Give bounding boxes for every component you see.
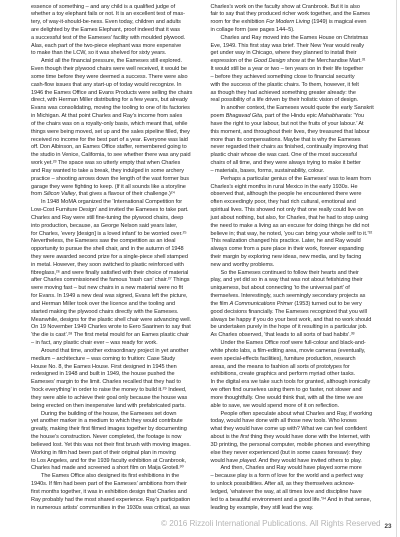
text-line: House No. 8, the Eames House. First desi… (31, 364, 207, 372)
text-line: direct, with Herman Miller distributing … (31, 97, 207, 105)
text-line: Charles had made and screened a short fi… (31, 465, 207, 473)
text-line: Low-Cost Furniture Design’ and invited t… (31, 207, 207, 215)
text-line: with the success of the plastic chairs. … (211, 82, 395, 90)
copyright-watermark: © 2016 Rizzoli International Publication… (161, 519, 381, 528)
text-line: in Michigan. At that point Charles and R… (31, 113, 207, 121)
text-line: Amid all the financial pressure, the Eam… (31, 58, 207, 66)
text-line: Ray probably had the most shared experie… (31, 497, 207, 505)
text-line: ‘hock everything’ in order to raise the … (31, 387, 207, 395)
text-line: were moving fast – but new chairs in a n… (31, 285, 207, 293)
text-line: to make than the LCW, so it was shelved … (31, 50, 207, 58)
text-line: Alas, each part of the two-piece elephan… (31, 43, 207, 51)
text-line: things were being moved, set up and the … (31, 129, 207, 137)
text-line: their margin by exploring new ideas, new… (211, 254, 395, 262)
text-line: more than its compensations. Maybe that … (211, 137, 395, 145)
text-line: Charles and Ray were still fine-tuning t… (31, 215, 207, 223)
text-line: always come from a pure place in their w… (211, 246, 395, 254)
text-line: led to a beautiful environment and a goo… (211, 497, 395, 505)
text-line: more thoughtfully. One would think that,… (211, 395, 395, 403)
text-line: In another context, the Eameses would qu… (211, 105, 395, 113)
text-line: believed lost. Yet this was not their fi… (31, 442, 207, 450)
text-line: plastic chair whose die was cast. One of… (211, 152, 395, 160)
text-line: have the right to your labour, but not t… (211, 121, 395, 129)
text-line: 3D printing, the personal computer, mobi… (211, 442, 395, 450)
text-line: leading by example, they still lead the … (211, 505, 395, 513)
text-line: are delighted by the Eames Elephant, pro… (31, 27, 207, 35)
text-line: In 1948 MoMA organized the ‘Internationa… (31, 199, 207, 207)
text-line: People often speculate about what Charle… (211, 411, 395, 419)
text-line: today, would have done with all those ne… (211, 418, 395, 426)
text-line: Charles and Ray moved into the Eames Hou… (211, 35, 395, 43)
text-line: and Ray wanted to take a break, they ind… (31, 168, 207, 176)
text-line: And then, Charles and Ray would have pla… (211, 465, 395, 473)
text-line: about is the first thing they would have… (211, 434, 395, 442)
text-line: Nevertheless, the Eameses saw the compet… (31, 238, 207, 246)
text-line: 1940s. If film had been part of the Eame… (31, 481, 207, 489)
text-line: and Herman Miller took over the licence … (31, 301, 207, 309)
page-number: 23 (385, 523, 392, 530)
text-line: observed that, although the people he en… (211, 191, 395, 199)
text-line: During the building of the house, the Ea… (31, 411, 207, 419)
text-line: play, and yet did so in a way that was n… (211, 277, 395, 285)
text-line: this moment, and throughout their lives,… (211, 129, 395, 137)
text-line: tery, of way-it-should-be-ness. Even tod… (31, 19, 207, 27)
text-line: yet another marker in a medium to which … (31, 418, 207, 426)
text-line: a successful test of the Eameses’ facili… (31, 35, 207, 43)
text-line: poem Bhagavad Gita, part of the Hindu ep… (211, 113, 395, 121)
text-line: after Charles commissioned the famous ‘t… (31, 277, 207, 285)
text-line: often exceedingly poor, they had rich cu… (211, 199, 395, 207)
text-line: first months together, it was in exhibit… (31, 489, 207, 497)
text-line: work yet.²³ The space was so utterly emp… (31, 160, 207, 168)
text-line: in collage form (see pages 144–5). (211, 27, 395, 35)
text-line: It would still be a year or two – ten ye… (211, 66, 395, 74)
text-line: in numerous artists’ communities in the … (31, 505, 207, 513)
text-line: So the Eameses continued to follow their… (211, 270, 395, 278)
text-line: believe in; that way, he noted, ‘you can… (211, 231, 395, 239)
text-line: just about nothing, but also, for Charle… (211, 215, 395, 223)
text-line: get under way in Chicago, where they pla… (211, 50, 395, 58)
text-line: Meanwhile, designs for the plastic shell… (31, 317, 207, 325)
text-line: practice – shooting arrows down the leng… (31, 176, 207, 184)
text-line: new and worthy problems. (211, 262, 395, 270)
text-line: from Silicon Valley, that gives a flavou… (31, 191, 207, 199)
text-line: received no income for the best part of … (31, 137, 207, 145)
right-column: Charles’s work on the faculty show at Cr… (211, 4, 395, 513)
text-line: – before they achieved something close t… (211, 74, 395, 82)
text-line: as though they had achieved something gr… (211, 90, 395, 98)
text-line: even special-effects facilities), furnit… (211, 356, 395, 364)
text-line: ‘the die is cast’.²⁸ The first metal mou… (31, 332, 207, 340)
text-line: the house’s construction. Never complete… (31, 434, 207, 442)
text-line: chairs of all time, and they were always… (211, 160, 395, 168)
text-line: This realization changed his practice. L… (211, 238, 395, 246)
text-line: Eve, 1949. This first stay was brief. Th… (211, 43, 395, 51)
text-line: greatly, making their first filmed image… (31, 426, 207, 434)
text-line: Evans was consolidating, moving the tool… (31, 105, 207, 113)
text-line: exhibitions, create graphics and perform… (211, 371, 395, 379)
text-line: always be happy if you do your best work… (211, 317, 395, 325)
text-line: Even though their plywood chairs were we… (31, 66, 207, 74)
text-line: Under the Eames Office roof were full-co… (211, 340, 395, 348)
text-line: As Charles observed, ‘that leads to all … (211, 332, 395, 340)
text-line: opportunity to pursue the shell chair, a… (31, 246, 207, 254)
page-edge-line (396, 0, 397, 537)
text-line: the film A Communications Primer (1953) … (211, 301, 395, 309)
text-line: would have played. And they would have i… (211, 458, 395, 466)
text-line: 1946 the Eames Office and Evans Products… (31, 90, 207, 98)
text-line: they were awarded second prize for a sin… (31, 254, 207, 262)
text-line: ledged, ‘whatever the way, at all times … (211, 489, 395, 497)
text-line: for Charles, ‘every [design] is a loved … (31, 231, 207, 239)
text-line: off. Don Albinson, an Eames Office staff… (31, 144, 207, 152)
text-line: what they would have come up with? What … (211, 426, 395, 434)
text-line: medium – architecture – was coming to fr… (31, 356, 207, 364)
text-line: spiritual lives. This showed not only th… (211, 207, 395, 215)
text-line: Perhaps a particular genius of the Eames… (211, 176, 395, 184)
book-page: essence of something – and any child is … (0, 0, 400, 537)
text-line: Charles’s work on the faculty show at Cr… (211, 4, 395, 12)
text-line: areas, and the means to fashion all sort… (211, 364, 395, 372)
text-line: they were able to achieve their goal onl… (31, 395, 207, 403)
text-line: good decisions financially. The Eameses … (211, 309, 395, 317)
text-line: Eameses’ margin to the limit. Charles re… (31, 379, 207, 387)
text-line: started making the plywood chairs direct… (31, 309, 207, 317)
text-line: some time before they were deemed a succ… (31, 74, 207, 82)
text-line: In the digital era we take such tools fo… (211, 379, 395, 387)
text-line: fair to say that they produced richer wo… (211, 11, 395, 19)
text-line: Around that time, another extraordinary … (31, 348, 207, 356)
text-line: The Eames Office also designed its first… (31, 473, 207, 481)
text-line: we often find ourselves using them to go… (211, 387, 395, 395)
left-column: essence of something – and any child is … (31, 4, 207, 513)
text-line: of the chairs was on a royalty-only basi… (31, 121, 207, 129)
text-line: to unlock possibilities. After all, as t… (211, 481, 395, 489)
text-line: essence of something – and any child is … (31, 4, 207, 12)
text-line: being erected on then inexpensive land w… (31, 403, 207, 411)
text-line: the studio in Venice, California, to see… (31, 152, 207, 160)
text-line: cash-flow issues that any start-up of to… (31, 82, 207, 90)
text-line: the need to make a living as an excuse f… (211, 223, 395, 231)
text-line: – in fact, any plastic chair ever – was … (31, 340, 207, 348)
text-line: Charles’s eight months in rural Mexico i… (211, 184, 395, 192)
text-line: – because play is a form of love for the… (211, 473, 395, 481)
text-line: redesigned in 1948 and built in 1949, th… (31, 371, 207, 379)
text-line: Working in film had been part of their o… (31, 450, 207, 458)
text-line: able to save, we would spend more of it … (211, 403, 395, 411)
text-line: in metal. However, they soon switched to… (31, 262, 207, 270)
text-line: be undertaken purely in the hope of it r… (211, 324, 395, 332)
text-line: into production, because, as George Nels… (31, 223, 207, 231)
text-line: themselves. Interestingly, such seemingl… (211, 293, 395, 301)
text-line: white photo labs, a film-editing area, m… (211, 348, 395, 356)
text-line: never regarded their chairs as finished,… (211, 144, 395, 152)
text-line: whether a toy elephant fails or not. It … (31, 11, 207, 19)
text-line: for Evans. In 1949 a new deal was signed… (31, 293, 207, 301)
text-line: expression of the Good Design show at th… (211, 58, 395, 66)
text-line: real possibility of a life driven by the… (211, 97, 395, 105)
text-line: uniqueness, but about connecting ‘to the… (211, 285, 395, 293)
text-line: – materials, bases, forms, sustainabilit… (211, 168, 395, 176)
text-line: else they never experienced (but in some… (211, 450, 395, 458)
text-line: room for the exhibition For Modern Livin… (211, 19, 395, 27)
